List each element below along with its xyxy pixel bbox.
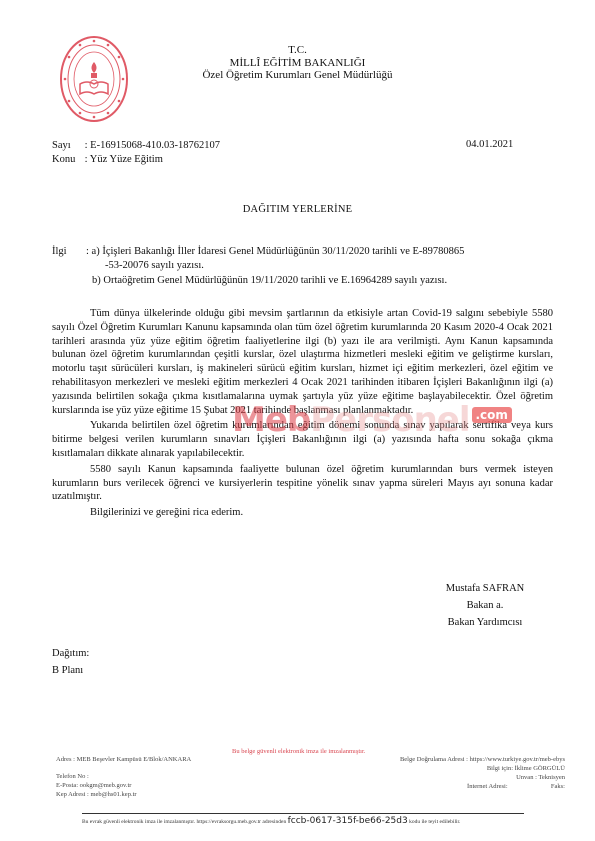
body-paragraph-1: Tüm dünya ülkelerinde olduğu gibi mevsim… xyxy=(52,307,553,417)
distribution-value: B Planı xyxy=(52,662,89,679)
signature-block: Mustafa SAFRAN Bakan a. Bakan Yardımcısı xyxy=(430,580,540,631)
sayi-row: Sayı : E-16915068-410.03-18762107 xyxy=(52,139,220,153)
header-ministry: MİLLÎ EĞİTİM BAKANLIĞI xyxy=(120,57,475,70)
body-paragraph-3: 5580 sayılı Kanun kapsamında faaliyette … xyxy=(52,463,553,504)
document-date: 04.01.2021 xyxy=(466,139,513,150)
footer-info-contact: Bilgi için: İklime GÖRGÜLÜ xyxy=(400,764,565,773)
document-header: T.C. MİLLÎ EĞİTİM BAKANLIĞI Özel Öğretim… xyxy=(0,44,595,82)
distribution-label: Dağıtım: xyxy=(52,645,89,662)
verify-suffix: kodu ile teyit edilebilir. xyxy=(409,819,460,825)
distribution-block: Dağıtım: B Planı xyxy=(52,645,89,679)
footer-internet-fax: İnternet Adresi: Faks: xyxy=(400,782,565,791)
signer-title-2: Bakan Yardımcısı xyxy=(430,614,540,631)
body-paragraph-4: Bilgilerinizi ve gereğini rica ederim. xyxy=(52,506,553,520)
footer-unvan: Unvan : Teknisyen xyxy=(400,773,565,782)
footer-fax: Faks: xyxy=(551,783,565,790)
header-directorate: Özel Öğretim Kurumları Genel Müdürlüğü xyxy=(120,69,475,82)
konu-value: : Yüz Yüze Eğitim xyxy=(85,154,163,165)
footer-contact: Adres : MEB Beşevler Kampüsü E/Blok/ANKA… xyxy=(56,755,191,799)
reference-a-line2: -53-20076 sayılı yazısı. xyxy=(52,259,532,273)
distribution-title: DAĞITIM YERLERİNE xyxy=(0,204,595,215)
reference-block: İlgi : a) İçişleri Bakanlığı İller İdare… xyxy=(52,245,532,288)
header-tc: T.C. xyxy=(120,44,475,57)
signer-title-1: Bakan a. xyxy=(430,597,540,614)
footer-info: Belge Doğrulama Adresi : https://www.tur… xyxy=(400,755,565,791)
verification-line: Bu evrak güvenli elektronik imza ile imz… xyxy=(82,816,460,826)
body-paragraph-2: Yukarıda belirtilen özel öğretim kurumla… xyxy=(52,419,553,460)
footer-email: E-Posta: ookgm@meb.gov.tr xyxy=(56,781,191,790)
footer-phone: Telefon No : xyxy=(56,772,191,781)
footer-kep: Kep Adresi : meb@hs01.kep.tr xyxy=(56,790,191,799)
sayi-label: Sayı xyxy=(52,139,82,153)
sayi-value: : E-16915068-410.03-18762107 xyxy=(85,140,220,151)
reference-a-line1: : a) İçişleri Bakanlığı İller İdaresi Ge… xyxy=(86,245,464,259)
secure-signature-note: Bu belge güvenli elektronik imza ile imz… xyxy=(232,747,365,756)
footer-internet: İnternet Adresi: xyxy=(467,783,508,790)
konu-row: Konu : Yüz Yüze Eğitim xyxy=(52,153,220,167)
verify-prefix: Bu evrak güvenli elektronik imza ile imz… xyxy=(82,819,286,825)
footer-verify-address[interactable]: Belge Doğrulama Adresi : https://www.tur… xyxy=(400,755,565,764)
document-meta: Sayı : E-16915068-410.03-18762107 Konu :… xyxy=(52,139,220,167)
verify-code: fccb-0617-315f-be66-25d3 xyxy=(288,816,408,826)
signer-name: Mustafa SAFRAN xyxy=(430,580,540,597)
reference-label: İlgi xyxy=(52,245,86,259)
footer-divider xyxy=(82,813,524,814)
document-body: Tüm dünya ülkelerinde olduğu gibi mevsim… xyxy=(52,307,553,522)
konu-label: Konu xyxy=(52,153,82,167)
reference-b-line: b) Ortaöğretim Genel Müdürlüğünün 19/11/… xyxy=(52,274,532,288)
footer-address: Adres : MEB Beşevler Kampüsü E/Blok/ANKA… xyxy=(56,755,191,764)
